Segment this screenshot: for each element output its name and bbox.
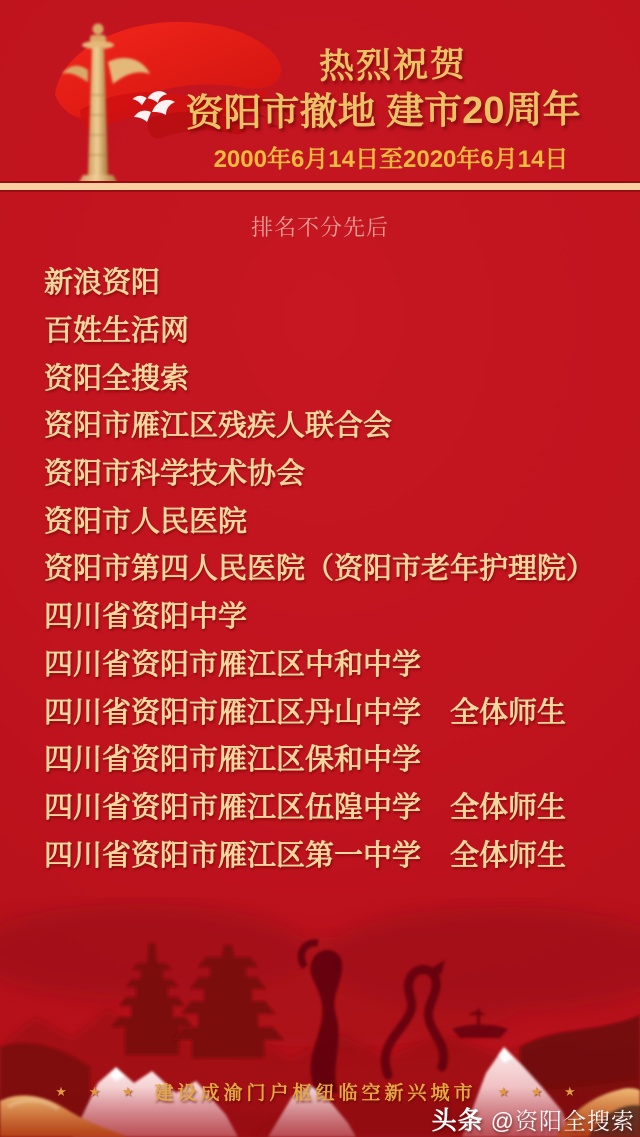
header-title-text: 资阳市撤地 建市20周年 bbox=[126, 77, 640, 137]
org-list-item: 资阳全搜索 bbox=[0, 352, 640, 400]
header-date-range: 2000年6月14日至2020年6月14日 bbox=[142, 139, 640, 174]
ranking-note: 排名不分先后 bbox=[0, 211, 640, 242]
org-list-item: 资阳市科学技术协会 bbox=[0, 448, 640, 496]
org-list-item: 新浪资阳 bbox=[0, 257, 640, 305]
org-list-item: 四川省资阳市雁江区丹山中学 全体师生 bbox=[0, 686, 640, 734]
org-list-item: 资阳市雁江区残疾人联合会 bbox=[0, 400, 640, 448]
divider-line bbox=[0, 181, 640, 192]
org-list-item: 百姓生活网 bbox=[0, 305, 640, 353]
org-list-item: 四川省资阳市雁江区保和中学 bbox=[0, 734, 640, 782]
organization-list: 新浪资阳 百姓生活网 资阳全搜索 资阳市雁江区残疾人联合会 资阳市科学技术协会 … bbox=[0, 257, 640, 877]
org-list-item: 四川省资阳中学 bbox=[0, 591, 640, 639]
org-list-item: 资阳市第四人民医院（资阳市老年护理院） bbox=[0, 543, 640, 591]
watermark-brand: 头条 bbox=[432, 1101, 484, 1137]
org-list-item: 四川省资阳市雁江区第一中学 全体师生 bbox=[0, 829, 640, 877]
watermark-handle: @资阳全搜索 bbox=[491, 1103, 635, 1136]
anniversary-poster: 热烈祝贺 资阳市撤地 建市20周年 2000年6月14日至2020年6月14日 … bbox=[0, 0, 640, 1137]
org-list-item: 四川省资阳市雁江区中和中学 bbox=[0, 639, 640, 687]
footer-slogan-text: 建设成渝门户枢纽临空新兴城市 bbox=[154, 1078, 476, 1105]
org-list-item: 资阳市人民医院 bbox=[0, 495, 640, 543]
star-icons-left: ★ ★ ★ bbox=[55, 1084, 142, 1100]
star-icons-right: ★ ★ ★ bbox=[489, 1084, 585, 1100]
org-list-item: 四川省资阳市雁江区伍隍中学 全体师生 bbox=[0, 782, 640, 830]
poster-header: 热烈祝贺 资阳市撤地 建市20周年 2000年6月14日至2020年6月14日 bbox=[0, 0, 640, 182]
watermark: 头条 @资阳全搜索 bbox=[432, 1101, 635, 1137]
